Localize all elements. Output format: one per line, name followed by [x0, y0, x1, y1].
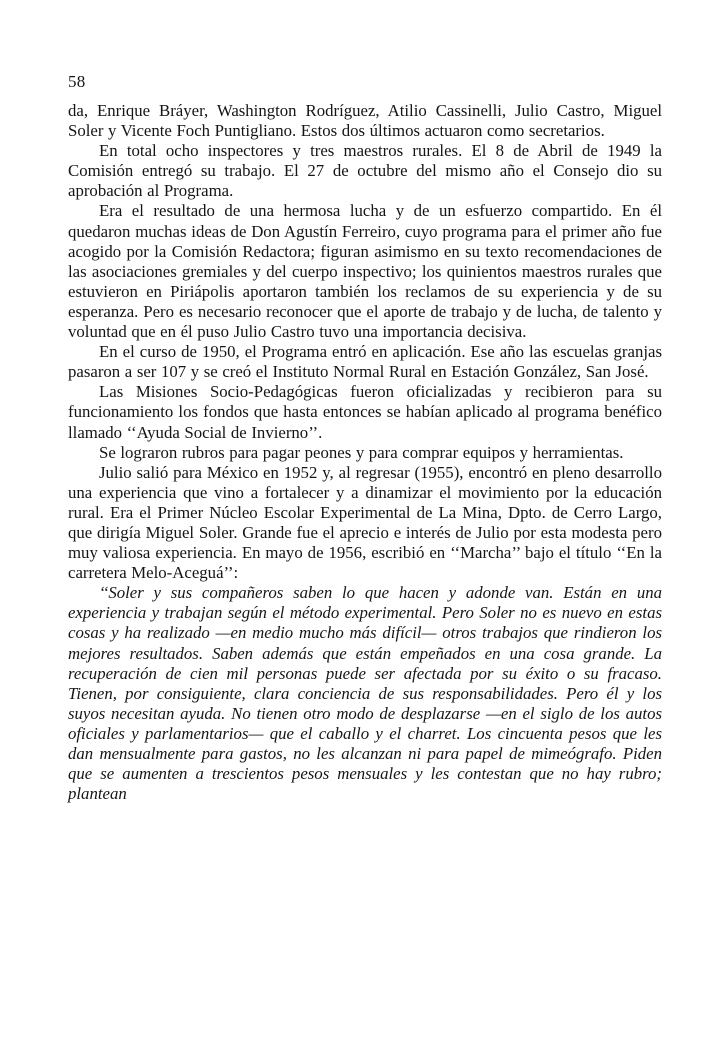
- paragraph: Era el resultado de una hermosa lucha y …: [68, 201, 662, 342]
- page-number: 58: [68, 72, 662, 92]
- text-block: da, Enrique Bráyer, Washington Rodríguez…: [68, 101, 662, 804]
- paragraph: Se lograron rubros para pagar peones y p…: [68, 443, 662, 463]
- paragraph: da, Enrique Bráyer, Washington Rodríguez…: [68, 101, 662, 141]
- paragraph: En total ocho inspectores y tres maestro…: [68, 141, 662, 201]
- paragraph-quote: ‘‘Soler y sus compañeros saben lo que ha…: [68, 583, 662, 804]
- paragraph: En el curso de 1950, el Programa entró e…: [68, 342, 662, 382]
- paragraph: Julio salió para México en 1952 y, al re…: [68, 463, 662, 584]
- paragraph: Las Misiones Socio-Pedagógicas fueron of…: [68, 382, 662, 442]
- document-page: 58 da, Enrique Bráyer, Washington Rodríg…: [0, 0, 726, 1057]
